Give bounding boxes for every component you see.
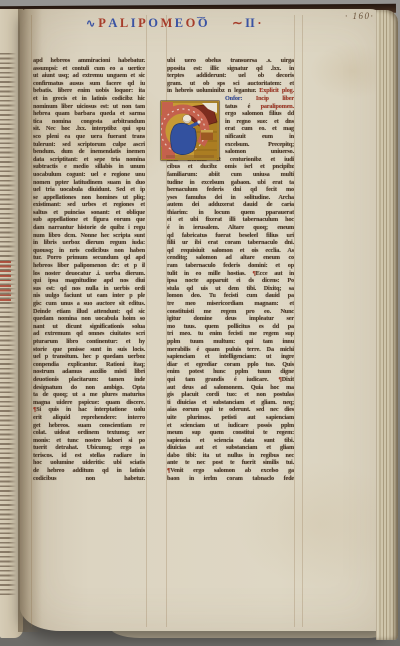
- text-line: ti diuicias et substanciam et gliam. neq…: [167, 399, 294, 407]
- ruling-line: [302, 15, 303, 627]
- body-text: tri meo. tu enim fecisti me regem sup: [167, 330, 294, 337]
- body-text: nominum liber uiciosus est: ut non tam: [33, 103, 145, 110]
- body-text: Deinde etiam illud attendunt: qd sic: [33, 308, 145, 315]
- manuscript-photo: { "photo": { "subject": "medieval Latin …: [0, 0, 400, 646]
- text-line: ut aiunt usq; ad extremu unguem et sic: [33, 72, 145, 80]
- text-line: baon in ierlm coram tabnaclo fede: [167, 475, 294, 483]
- text-line: saltus et puincias sonant: et oblique: [33, 209, 145, 217]
- text-line: de hebreo additum qd in latinis: [33, 467, 145, 475]
- body-text: pposita est: illic signatur qd .lxx. in: [167, 65, 294, 72]
- text-line: hebrea quam barbara queda et sarma: [33, 110, 145, 118]
- body-text: Dixit: [282, 376, 294, 383]
- text-line: stula qd uis ut dem tibi. Dixitq; sa: [167, 285, 294, 293]
- body-text: lomon deo. Tu fecisti cum dauid pa: [167, 292, 294, 299]
- header-letter: P: [138, 16, 146, 31]
- text-line: qui ipsa magnitudine apd nos diui: [33, 277, 145, 285]
- body-text: uocabulum cogunt: uel e regione unu: [33, 171, 145, 178]
- text-line: tri meo. tu enim fecisti me regem sup: [167, 330, 294, 338]
- body-text: quedam nomina non uocabula hoim so: [33, 315, 145, 322]
- text-line: codicibus non habetur.: [33, 475, 145, 483]
- body-text: enim potest hunc pplm tuum digne: [167, 368, 294, 375]
- body-text: storie que pmisse sunt in suis locis.: [33, 346, 145, 353]
- body-text: uel tria uocabula diuidunt. Sed et ip: [33, 186, 145, 193]
- body-text: monis: et tunc nostro labori si po: [33, 437, 145, 444]
- text-line: colat. uideat ordinem textumq; ser: [33, 429, 145, 437]
- illuminated-initial-C: [161, 101, 219, 160]
- body-text: Si quis in hac interptatione uolu: [36, 406, 145, 413]
- body-text: num libro dcm. Nonne hec scripta sunt: [33, 232, 145, 239]
- body-text: cenditq; salomon ad altare eneum co: [167, 254, 294, 261]
- ruling-line: [294, 15, 295, 627]
- text-line: meum sup quem constitui te regem:: [167, 429, 294, 437]
- text-line: igitur domine deus impleatur ser: [167, 315, 294, 323]
- body-text: apd hebreos ammiracioni habebatur.: [33, 57, 145, 64]
- header-letter: L: [120, 16, 128, 31]
- text-line: ¶Venit ergo salomon ab excelso ga: [167, 467, 294, 475]
- text-line: storie que pmisse sunt in suis locis.: [33, 346, 145, 354]
- body-text: tur. Porro primum secundum qd apd: [33, 254, 145, 261]
- text-line: et in grecis et in latinis codicibz hic: [33, 95, 145, 103]
- body-text: cibus et ducibz omis isrl et pncipibz: [167, 163, 294, 170]
- text-line: tuerit detrahat. Ubicumq; ergo as: [33, 444, 145, 452]
- text-line: merabilis é quam puluis terre. Da michi: [167, 346, 294, 354]
- body-text: tulerunt: sed scriptorum culpe ascri: [33, 141, 145, 148]
- numeral-part: ·: [257, 16, 261, 31]
- text-line: gis: cum unus a suo auctore sit editus.: [33, 300, 145, 308]
- body-text: et scienciam ut iudicare possis pplm: [167, 422, 294, 429]
- text-line: mo tuus. quem pollicitus es dd pa: [167, 323, 294, 331]
- text-line: bebatis. libere enim uobis loquor: ita: [33, 87, 145, 95]
- text-line: constituisti me regem pro eo. Nunc: [167, 308, 294, 316]
- body-text: ergo salomon filius dd: [225, 110, 294, 117]
- body-text: dam narrantur historie de quibz i regu: [33, 224, 145, 231]
- header-abbreviation-mark: ﹏: [197, 9, 205, 20]
- text-line: aias eorum qui te oderunt. sed nec dies: [167, 406, 294, 414]
- text-line: ipsa nocte apparuit ei ds dicens: Po: [167, 277, 294, 285]
- body-text: sit. Nec hoc .lxx. interptibz qui spu: [33, 125, 145, 132]
- text-line: nominum liber uiciosus est: ut non tam: [33, 103, 145, 111]
- text-line: apd hebreos ammiracioni habebatur.: [33, 57, 145, 65]
- body-text: existimant: sed urbes et regiones et: [33, 201, 145, 208]
- header-letter: O: [148, 16, 158, 31]
- body-text: saltus et puincias sonant: et oblique: [33, 209, 145, 216]
- header-letter: I: [131, 16, 136, 31]
- text-line: deuotionis placitarum: tamen inde: [33, 376, 145, 384]
- body-text: salomon uniuerso.: [225, 148, 294, 155]
- text-line: uocabulum cogunt: uel e regione unu: [33, 171, 145, 179]
- rubric-text: paralipomen.: [261, 103, 294, 110]
- facing-page-red-rubric: [0, 285, 11, 303]
- text-line: Deinde etiam illud attendunt: qd sic: [33, 308, 145, 316]
- body-text: tulit in eo mille hostias.: [167, 270, 252, 277]
- body-text: pplm tuum multum: qui tam innu: [167, 338, 294, 345]
- body-text: ipsa nocte apparuit ei ds dicens: Po: [167, 277, 294, 284]
- body-text: tatus é: [225, 103, 261, 110]
- text-line: uite plurimos. petisti aut sapienciam: [167, 414, 294, 422]
- body-text: constituisti me regem pro eo. Nunc: [167, 308, 294, 315]
- text-line: los noster deuocatur .i. uerba dierum.: [33, 270, 145, 278]
- text-line: qd requisiuit salomon et ois ecclia. As: [167, 247, 294, 255]
- right-text-column: ubi uero obelus transuersa .s. uirgappos…: [167, 57, 294, 482]
- body-text: teriscos. id est stellas radiare in: [33, 452, 145, 459]
- body-text: colat. uideat ordinem textumq; ser: [33, 429, 145, 436]
- text-line: ¶Si quis in hac interptatione uolu: [33, 406, 145, 414]
- text-line: se appellationes non homines ut pliq;: [33, 194, 145, 202]
- body-text: ad extremum qd omnes ciuitates scri: [33, 330, 145, 337]
- text-line: cibus et ducibz omis isrl et pncipibz: [167, 163, 294, 171]
- facing-page-red-rubric: [0, 261, 11, 281]
- text-line: aut deus ad salomonem. Quia hoc ma: [167, 384, 294, 392]
- text-line: ad extremum qd omnes ciuitates scri: [33, 330, 145, 338]
- text-line: enim potest hunc pplm tuum digne: [167, 368, 294, 376]
- body-text: sus est: qd nos nulla in uerbis ordi: [33, 285, 145, 292]
- body-text: gis placuit cordi tuo: et non postulas: [167, 391, 294, 398]
- body-text: aut deus ad salomonem. Quia hoc ma: [167, 384, 294, 391]
- text-line: get hebreos. suam conscientiam re: [33, 422, 145, 430]
- body-text: baon in ierlm coram tabnaclo fede: [167, 475, 294, 482]
- body-text: ta de quoq; ut a me plures maturius: [33, 391, 145, 398]
- text-line: tica nomina congesta arbitrandum: [33, 118, 145, 126]
- text-line: tulerunt: sed scriptorum culpe ascri: [33, 141, 145, 149]
- text-line: é in ierusalem. Altare quoq; eneum: [167, 224, 294, 232]
- text-line: filii ur ibi erat coram tabernaculo dni.: [167, 239, 294, 247]
- text-line: sco pleni ea que uera fuerant trans: [33, 133, 145, 141]
- body-text: thiarim: in locum quem pparauerat: [167, 209, 294, 216]
- body-text: qd requisiuit salomon et ois ecclia. As: [167, 247, 294, 254]
- body-text: deuotionis placitarum: tamen inde: [33, 376, 145, 383]
- body-text: meum sup quem constitui te regem:: [167, 429, 294, 436]
- running-header: ∿PALIPOMEOO∼II·: [86, 14, 264, 32]
- body-text: los noster deuocatur .i. uerba dierum.: [33, 270, 145, 277]
- body-text: et in grecis et in latinis codicibz hic: [33, 95, 145, 102]
- body-text: nis uulgo faciunt ut eam inter p ple: [33, 292, 145, 299]
- body-text: hoc uolumine uideritis: ubi sciatis: [33, 459, 145, 466]
- body-text: ram tabernaculo federis domini: et op: [167, 262, 294, 269]
- body-text: uel p transitum. hec p quedam uerboz: [33, 353, 145, 360]
- text-line: existimant: sed urbes et regiones et: [33, 201, 145, 209]
- text-line: sapiencia et sciencia data sunt tibi.: [167, 437, 294, 445]
- header-letter: P: [98, 16, 106, 31]
- body-text: tudine in excelsum gabaon. ubi erat ta: [167, 179, 294, 186]
- text-line: quedam nomina non uocabula hoim so: [33, 315, 145, 323]
- text-line: ubi uero obelus transuersa .s. uirga: [167, 57, 294, 65]
- body-text: nomen ppter latitudinem suam in duo: [33, 179, 145, 186]
- text-line: pposita est: illic signatur qd .lxx. in: [167, 65, 294, 73]
- text-line: cenditq; salomon ad altare eneum co: [167, 254, 294, 262]
- body-text: pturarum libro continentur: et hy: [33, 338, 145, 345]
- body-text: dabo tibi: ita ut nullus in regibus nec: [167, 452, 294, 459]
- body-text: ante te nec post te fuerit similis tui.: [167, 459, 294, 466]
- body-text: familiarum: abiit cum uniusa multi: [167, 171, 294, 178]
- facing-page-textlines: [0, 53, 16, 598]
- text-line: sus est: qd nos nulla in uerbis ordi: [33, 285, 145, 293]
- header-letter: A: [108, 16, 117, 31]
- text-line: bernaculum federis dni qd fecit mo: [167, 186, 294, 194]
- text-line: qui tam grandis é iudicare. ¶Dixit: [167, 376, 294, 384]
- body-text: terptes addiderunt: uel ob decoris: [167, 72, 294, 79]
- text-line: in libris uerboz dierum regum iuda:: [33, 239, 145, 247]
- text-line: nomen ppter latitudinem suam in duo: [33, 179, 145, 187]
- body-text: bebatis. libere enim uobis loquor: ita: [33, 87, 145, 94]
- body-text: uite plurimos. petisti aut sapienciam: [167, 414, 294, 421]
- body-text: ut aiunt usq; ad extremu unguem et sic: [33, 72, 145, 79]
- body-text: bendum. dum de inemendatis inemen: [33, 148, 145, 155]
- text-line: in hebreis uoluminibz n legantur. Explic…: [167, 87, 294, 95]
- text-line: ante te nec post te fuerit similis tui.: [167, 459, 294, 467]
- body-text: qd fabricatus fuerat beseleel filius uri: [167, 232, 294, 239]
- body-text: erit aliquid reprehendere: interro: [33, 414, 145, 421]
- body-text: qui tam grandis é iudicare.: [167, 376, 278, 383]
- text-line: ei et ubi fixerat illi tabernaculum hoc: [167, 216, 294, 224]
- body-text: diuicias aut et substanciam et gliam: [167, 444, 294, 451]
- text-line: subtractis e medio sillabis in unum: [33, 163, 145, 171]
- body-text: nostrum adamus auxilio misti libri: [33, 368, 145, 375]
- text-line: tur. Porro primum secundum qd apd: [33, 254, 145, 262]
- text-line: pturarum libro continentur: et hy: [33, 338, 145, 346]
- text-line: monis: et tunc nostro labori si po: [33, 437, 145, 445]
- text-line: nis uulgo faciunt ut eam inter p ple: [33, 292, 145, 300]
- body-text: erat cum eo. et mag: [225, 125, 294, 132]
- body-text: in regno suo: et dns: [225, 118, 294, 125]
- text-line: diuicias aut et substanciam et gliam: [167, 444, 294, 452]
- text-line: tudine in excelsum gabaon. ubi erat ta: [167, 179, 294, 187]
- text-line: qd fabricatus fuerat beseleel filius uri: [167, 232, 294, 240]
- body-text: sco pleni ea que uera fuerant trans: [33, 133, 145, 140]
- body-text: codicibus non habetur.: [33, 475, 145, 482]
- text-line: hoc uolumine uideritis: ubi sciatis: [33, 459, 145, 467]
- text-line: uel p transitum. hec p quedam uerboz: [33, 353, 145, 361]
- text-line: nant ut dicunt significationis solua: [33, 323, 145, 331]
- body-text: Ecce aut in: [256, 270, 294, 277]
- body-text: autem dei adduxerat dauid de caria: [167, 201, 294, 208]
- text-line: dabo tibi: ita ut nullus in regibus nec: [167, 452, 294, 460]
- body-text: nant ut dicunt significationis solua: [33, 323, 145, 330]
- body-text: hebreos liber palipomenon dr: et p il: [33, 262, 145, 269]
- body-text: assumpsi: et contuli cum eo a uertice: [33, 65, 145, 72]
- text-line: erit aliquid reprehendere: interro: [33, 414, 145, 422]
- text-line: terptes addiderunt: uel ob decoris: [167, 72, 294, 80]
- body-text: sapienciam et intelligenciam: ut ingre: [167, 353, 294, 360]
- body-text: gis: cum unus a suo auctore sit editus.: [33, 300, 145, 307]
- body-text: subtractis e medio sillabis in unum: [33, 163, 145, 170]
- body-text: mo tuus. quem pollicitus es dd pa: [167, 323, 294, 330]
- text-line: confirmatus ausus sum facere qd iu: [33, 80, 145, 88]
- text-line: teriscos. id est stellas radiare in: [33, 452, 145, 460]
- text-line: sapienciam et intelligenciam: ut ingre: [167, 353, 294, 361]
- body-text: stula qd uis ut dem tibi. Dixitq; sa: [167, 285, 294, 292]
- body-text: tuerit detrahat. Ubicumq; ergo as: [33, 444, 145, 451]
- text-line: thiarim: in locum quem pparauerat: [167, 209, 294, 217]
- body-text: sapiencia et sciencia data sunt tibi.: [167, 437, 294, 444]
- body-text: igitur domine deus impleatur ser: [167, 315, 294, 322]
- text-line: quousq; in nris codicibus non haben: [33, 247, 145, 255]
- text-line: data scriptitant: et sepe tria nomina: [33, 156, 145, 164]
- body-text: get hebreos. suam conscientiam re: [33, 422, 145, 429]
- body-text: designatum do non ambigo. Opta: [33, 384, 145, 391]
- text-line: conpendia explicantur. Rationi itaq;: [33, 361, 145, 369]
- body-text: ei et ubi fixerat illi tabernaculum hoc: [167, 216, 294, 223]
- text-line: hebreos liber palipomenon dr: et p il: [33, 262, 145, 270]
- body-text: in libris uerboz dierum regum iuda:: [33, 239, 145, 246]
- body-text: hebrea quam barbara queda et sarma: [33, 110, 145, 117]
- body-text: quousq; in nris codicibus non haben: [33, 247, 145, 254]
- body-text: conpendia explicantur. Rationi itaq;: [33, 361, 145, 368]
- body-text: sub appellatione et figura eorum que: [33, 216, 145, 223]
- body-text: ubi uero obelus transuersa .s. uirga: [167, 57, 294, 64]
- body-text: aias eorum qui te oderunt. sed nec dies: [167, 406, 294, 413]
- body-text: tica nomina congesta arbitrandum: [33, 118, 145, 125]
- text-line: magna uidere pspicue: quam discere.: [33, 399, 145, 407]
- text-line: designatum do non ambigo. Opta: [33, 384, 145, 392]
- header-letter: E: [175, 16, 183, 31]
- body-text: in hebreis uoluminibz n legantur.: [167, 87, 259, 94]
- body-text: confirmatus ausus sum facere qd iu: [33, 80, 145, 87]
- text-line: gis placuit cordi tuo: et non postulas: [167, 391, 294, 399]
- fore-edge-page-stack: [376, 10, 398, 640]
- body-text: nificauit eum in: [225, 133, 294, 140]
- body-text: Venit ergo salomon ab excelso ga: [170, 467, 294, 474]
- body-text: merabilis é quam puluis terre. Da michi: [167, 346, 294, 353]
- text-line: nostrum adamus auxilio misti libri: [33, 368, 145, 376]
- text-line: et scienciam ut iudicare possis pplm: [167, 422, 294, 430]
- text-line: tre meo misericordiam magnam: et: [167, 300, 294, 308]
- body-text: bernaculum federis dni qd fecit mo: [167, 186, 294, 193]
- body-text: tre meo misericordiam magnam: et: [167, 300, 294, 307]
- header-letter: M: [160, 16, 172, 31]
- rubric-text: Explicit plog.: [259, 87, 294, 94]
- numeral-part: ∼: [232, 15, 242, 31]
- body-text: gram. ut ob sps sci auctoritatem: et: [167, 80, 294, 87]
- text-line: diar et egrediar coram pplo tuo. Quis: [167, 361, 294, 369]
- header-flourish: ∿: [86, 17, 95, 30]
- text-line: sit. Nec hoc .lxx. interptibz qui spu: [33, 125, 145, 133]
- text-line: pplm tuum multum: qui tam innu: [167, 338, 294, 346]
- body-text: se appellationes non homines ut pliq;: [33, 194, 145, 201]
- text-line: ta de quoq; ut a me plures maturius: [33, 391, 145, 399]
- text-line: lomon deo. Tu fecisti cum dauid pa: [167, 292, 294, 300]
- text-line: dam narrantur historie de quibz i regu: [33, 224, 145, 232]
- text-line: autem dei adduxerat dauid de caria: [167, 201, 294, 209]
- text-line: familiarum: abiit cum uniusa multi: [167, 171, 294, 179]
- body-text: diar et egrediar coram pplo tuo. Quis: [167, 361, 294, 368]
- ruling-line: [146, 15, 147, 627]
- blue-display-text: Onfor:: [225, 95, 242, 102]
- body-text: ti diuicias et substanciam et gliam. neq…: [167, 399, 294, 406]
- text-line: uel tria uocabula diuidunt. Sed et ip: [33, 186, 145, 194]
- folio-number: · 160·: [345, 11, 374, 21]
- rubric-text: Incip liber: [242, 95, 294, 102]
- header-letter: O: [186, 16, 196, 31]
- text-line: assumpsi: et contuli cum eo a uertice: [33, 65, 145, 73]
- text-line: num libro dcm. Nonne hec scripta sunt: [33, 232, 145, 240]
- body-text: data scriptitant: et sepe tria nomina: [33, 156, 145, 163]
- body-text: filii ur ibi erat coram tabernaculo dni.: [167, 239, 294, 246]
- left-text-column: apd hebreos ammiracioni habebatur.assump…: [33, 57, 145, 482]
- body-text: de hebreo additum qd in latinis: [33, 467, 145, 474]
- text-line: ram tabernaculo federis domini: et op: [167, 262, 294, 270]
- body-text: excelsum. Precepitq;: [225, 141, 294, 148]
- text-line: yses famulus dei in solitudine. Archa: [167, 194, 294, 202]
- body-text: magna uidere pspicue: quam discere.: [33, 399, 145, 406]
- body-text: qui ipsa magnitudine apd nos diui: [33, 277, 145, 284]
- text-line: gram. ut ob sps sci auctoritatem: et: [167, 80, 294, 88]
- body-text: yses famulus dei in solitudine. Archa: [167, 194, 294, 201]
- text-line: sub appellatione et figura eorum que: [33, 216, 145, 224]
- numeral-part: II: [245, 16, 255, 31]
- text-line: tulit in eo mille hostias. ¶Ecce aut in: [167, 270, 294, 278]
- header-book-numeral: ∼II·: [232, 15, 264, 31]
- body-text: é in ierusalem. Altare quoq; eneum: [167, 224, 294, 231]
- text-line: bendum. dum de inemendatis inemen: [33, 148, 145, 156]
